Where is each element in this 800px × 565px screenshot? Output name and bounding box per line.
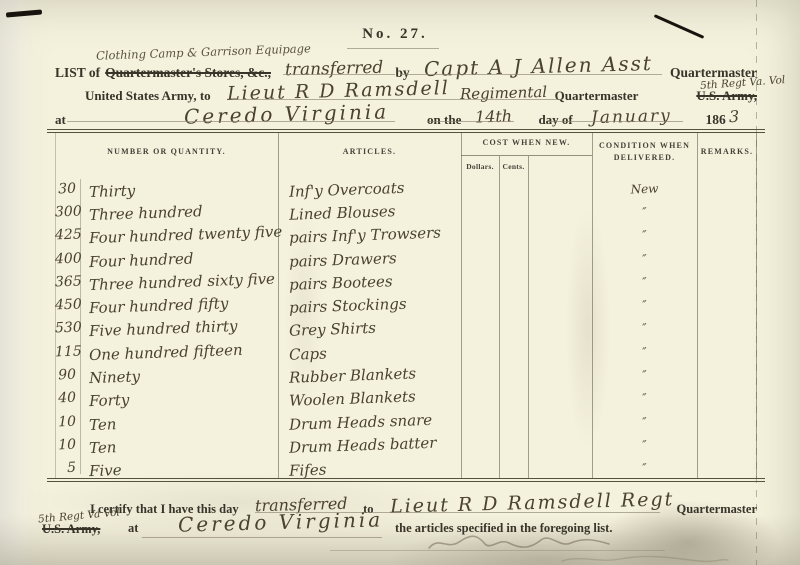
- col-header-remarks: REMARKS.: [697, 147, 757, 156]
- condition-value: ″: [592, 320, 697, 338]
- form-number: No. 27.: [340, 26, 450, 43]
- quantity-numeral: 425: [55, 227, 81, 244]
- quantity-numeral: 530: [55, 320, 81, 337]
- quantity-numeral: 30: [55, 180, 81, 197]
- on-the-label: on the: [427, 112, 461, 128]
- table-row: 365 Three hundred sixty five pairs Boote…: [55, 270, 757, 293]
- condition-value: ″: [592, 296, 697, 314]
- header-line-3: at Ceredo Virginia on the 14th day of Ja…: [55, 105, 757, 129]
- hw-recipient-footer: Lieut R D Ramsdell Regt: [389, 488, 674, 517]
- col-header-cents: Cents.: [499, 162, 528, 171]
- condition-value: ″: [592, 436, 697, 454]
- blank-rule-3a: [67, 121, 395, 122]
- pen-stroke-mark: [654, 14, 705, 39]
- united-states-army-to-label: United States Army, to: [85, 88, 211, 104]
- hw-regimental: Regimental: [459, 83, 547, 103]
- quantity-words: Three hundred: [80, 199, 279, 224]
- table-row: 530 Five hundred thirty Grey Shirts ″: [55, 317, 757, 340]
- table-top-rule-2: [47, 132, 765, 133]
- quantity-words: Five: [80, 456, 279, 481]
- col-header-condition-2: DELIVERED.: [592, 153, 697, 162]
- condition-value: ″: [592, 226, 697, 244]
- table-top-rule: [47, 129, 765, 130]
- quantity-numeral: 365: [55, 273, 81, 290]
- condition-value: ″: [592, 459, 697, 477]
- quartermaster-label-3: Quartermaster: [676, 502, 757, 517]
- article-name: Lined Blouses: [278, 200, 462, 224]
- col-header-articles: ARTICLES.: [278, 147, 461, 156]
- year-prefix-label: 186: [705, 112, 725, 128]
- us-army-correction-stack: 5th Regt Va. Vol U.S. Army,: [696, 87, 757, 105]
- stores-label-struck: Quartermaster's Stores, &c.,: [105, 65, 271, 81]
- quartermaster-label-2: Quartermaster: [555, 88, 639, 104]
- blank-rule-1b: [400, 74, 662, 75]
- cost-subheader-rule: [461, 155, 592, 156]
- quantity-numeral: 10: [55, 436, 81, 453]
- quantity-numeral: 90: [55, 367, 81, 384]
- hw-transferring-officer: Capt A J Allen Asst: [423, 51, 652, 81]
- blank-rule-2: [232, 99, 562, 100]
- article-name: Rubber Blankets: [278, 363, 462, 387]
- condition-value: ″: [592, 203, 697, 221]
- quantity-words: Ten: [80, 432, 279, 457]
- article-name: pairs Inf'y Trowsers: [278, 223, 462, 247]
- bottom-edge-scribble: [560, 554, 730, 564]
- stores-table: NUMBER OR QUANTITY. ARTICLES. COST WHEN …: [55, 129, 757, 481]
- quantity-words: Five hundred thirty: [80, 316, 279, 341]
- condition-value: ″: [592, 250, 697, 268]
- day-of-label: day of: [538, 112, 572, 128]
- table-row: 300 Three hundred Lined Blouses ″: [55, 200, 757, 223]
- quantity-numeral: 450: [55, 297, 81, 314]
- table-rows: 30 Thirty Inf'y Overcoats New 300 Three …: [55, 177, 757, 480]
- hw-transferred: transferred: [285, 58, 384, 81]
- quantity-words: Thirty: [80, 176, 279, 201]
- form-number-underline: [347, 48, 439, 49]
- article-name: Drum Heads snare: [278, 409, 462, 433]
- quantity-numeral: 40: [55, 390, 81, 407]
- hw-place: Ceredo Virginia: [184, 99, 390, 128]
- condition-value: ″: [592, 273, 697, 291]
- table-row: 90 Ninety Rubber Blankets ″: [55, 363, 757, 386]
- quantity-words: Forty: [80, 386, 279, 411]
- condition-value: New: [592, 180, 697, 198]
- us-army-correction-stack-footer: 5th Regt Va Vol U.S. Army,: [42, 520, 100, 538]
- quantity-words: One hundred fifteen: [80, 339, 279, 364]
- article-name: pairs Bootees: [278, 270, 462, 294]
- table-bottom-rule-2: [47, 481, 765, 482]
- quantity-words: Four hundred fifty: [80, 293, 279, 318]
- blank-rule-f2: [142, 537, 382, 538]
- quantity-words: Ninety: [80, 363, 279, 388]
- blank-rule-1a: [283, 74, 395, 75]
- at-label: at: [55, 112, 66, 128]
- table-row: 400 Four hundred pairs Drawers ″: [55, 247, 757, 270]
- hw-day: 14th: [475, 107, 513, 127]
- col-header-cost: COST WHEN NEW.: [461, 138, 592, 147]
- article-name: Drum Heads batter: [278, 433, 462, 457]
- condition-value: ″: [592, 343, 697, 361]
- quantity-numeral: 115: [55, 343, 81, 360]
- quantity-words: Three hundred sixty five: [80, 269, 279, 294]
- col-header-condition-1: CONDITION WHEN: [592, 141, 697, 150]
- table-row: 10 Ten Drum Heads snare ″: [55, 410, 757, 433]
- article-name: Grey Shirts: [278, 316, 462, 340]
- table-row: 40 Forty Woolen Blankets ″: [55, 387, 757, 410]
- table-row: 425 Four hundred twenty five pairs Inf'y…: [55, 224, 757, 247]
- article-name: Fifes: [278, 456, 462, 480]
- article-name: pairs Drawers: [278, 246, 462, 270]
- quantity-numeral: 10: [55, 413, 81, 430]
- table-row: 115 One hundred fifteen Caps ″: [55, 340, 757, 363]
- article-name: Caps: [278, 340, 462, 364]
- quantity-numeral: 400: [55, 250, 81, 267]
- table-row: 10 Ten Drum Heads batter ″: [55, 433, 757, 456]
- blank-rule-3c: [548, 121, 683, 122]
- quantity-words: Four hundred twenty five: [80, 223, 279, 248]
- table-row: 450 Four hundred fifty pairs Stockings ″: [55, 293, 757, 316]
- article-name: Inf'y Overcoats: [278, 176, 462, 200]
- list-of-label: LIST of: [55, 65, 100, 81]
- col-header-dollars: Dollars.: [461, 162, 499, 171]
- table-row: 30 Thirty Inf'y Overcoats New: [55, 177, 757, 200]
- quantity-numeral: 5: [55, 460, 81, 477]
- document-scan: No. 27. Clothing Camp & Garrison Equipag…: [0, 0, 800, 565]
- hw-place-footer: Ceredo Virginia: [178, 507, 384, 536]
- table-row: 5 Five Fifes ″: [55, 457, 757, 480]
- blank-rule-3b: [428, 121, 514, 122]
- condition-value: ″: [592, 366, 697, 384]
- fastener-mark: [6, 9, 42, 17]
- quantity-numeral: 300: [55, 204, 81, 221]
- condition-value: ″: [592, 389, 697, 407]
- header-line-2: United States Army, to Lieut R D Ramsdel…: [85, 83, 757, 105]
- hw-month: January: [591, 106, 672, 128]
- condition-value: ″: [592, 413, 697, 431]
- quantity-words: Four hundred: [80, 246, 279, 271]
- col-header-quantity: NUMBER OR QUANTITY.: [55, 147, 278, 156]
- article-name: pairs Stockings: [278, 293, 462, 317]
- article-name: Woolen Blankets: [278, 386, 462, 410]
- at-label-footer: at: [128, 521, 138, 536]
- quantity-words: Ten: [80, 409, 279, 434]
- signature-scribble: [425, 530, 615, 554]
- hw-year-digit: 3: [728, 107, 739, 126]
